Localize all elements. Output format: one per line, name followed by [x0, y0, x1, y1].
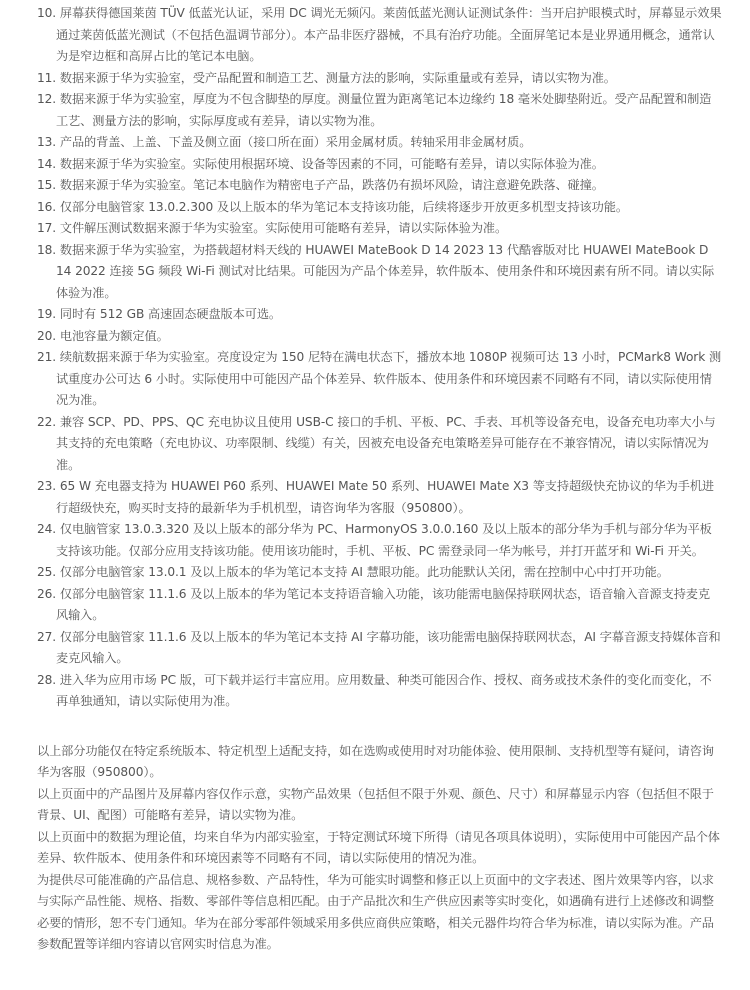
- disclaimer-document: 10. 屏幕获得德国莱茵 TÜV 低蓝光认证，采用 DC 调光无频闪。莱茵低蓝光…: [37, 3, 722, 956]
- footnote-number: 11.: [37, 68, 56, 90]
- footnote-text: 数据来源于华为实验室，为搭载超材料天线的 HUAWEI MateBook D 1…: [56, 243, 714, 300]
- footnote-text: 数据来源于华为实验室。实际使用根据环境、设备等因素的不同，可能略有差异，请以实际…: [60, 157, 604, 171]
- footnote-text: 进入华为应用市场 PC 版，可下载并运行丰富应用。应用数量、种类可能因合作、授权…: [56, 673, 712, 709]
- footnote-number: 27.: [37, 627, 56, 649]
- footnote-number: 25.: [37, 562, 56, 584]
- footnote-number: 15.: [37, 175, 56, 197]
- footnote-11: 11. 数据来源于华为实验室，受产品配置和制造工艺、测量方法的影响，实际重量或有…: [37, 68, 722, 90]
- footnote-25: 25. 仅部分电脑管家 13.0.1 及以上版本的华为笔记本支持 AI 慧眼功能…: [37, 562, 722, 584]
- footnote-number: 12.: [37, 89, 56, 111]
- footnote-text: 数据来源于华为实验室，受产品配置和制造工艺、测量方法的影响，实际重量或有差异，请…: [60, 71, 616, 85]
- footnote-21: 21. 续航数据来源于华为实验室。亮度设定为 150 尼特在满电状态下，播放本地…: [37, 347, 722, 412]
- footnote-10: 10. 屏幕获得德国莱茵 TÜV 低蓝光认证，采用 DC 调光无频闪。莱茵低蓝光…: [37, 3, 722, 68]
- footnote-text: 仅部分电脑管家 11.1.6 及以上版本的华为笔记本支持 AI 字幕功能，该功能…: [56, 630, 721, 666]
- footnote-number: 19.: [37, 304, 56, 326]
- footnote-23: 23. 65 W 充电器支持为 HUAWEI P60 系列、HUAWEI Mat…: [37, 476, 722, 519]
- footnote-text: 数据来源于华为实验室。笔记本电脑作为精密电子产品，跌落仍有损坏风险，请注意避免跌…: [60, 178, 604, 192]
- footnote-number: 26.: [37, 584, 56, 606]
- footnote-19: 19. 同时有 512 GB 高速固态硬盘版本可选。: [37, 304, 722, 326]
- footnote-list: 10. 屏幕获得德国莱茵 TÜV 低蓝光认证，采用 DC 调光无频闪。莱茵低蓝光…: [37, 3, 722, 713]
- footnote-15: 15. 数据来源于华为实验室。笔记本电脑作为精密电子产品，跌落仍有损坏风险，请注…: [37, 175, 722, 197]
- footnote-text: 仅电脑管家 13.0.3.320 及以上版本的部分华为 PC、HarmonyOS…: [56, 522, 712, 558]
- disclaimer-paragraph-images: 以上页面中的产品图片及屏幕内容仅作示意，实物产品效果（包括但不限于外观、颜色、尺…: [37, 784, 722, 827]
- footnote-27: 27. 仅部分电脑管家 11.1.6 及以上版本的华为笔记本支持 AI 字幕功能…: [37, 627, 722, 670]
- footnote-16: 16. 仅部分电脑管家 13.0.2.300 及以上版本的华为笔记本支持该功能，…: [37, 197, 722, 219]
- footnote-text: 仅部分电脑管家 11.1.6 及以上版本的华为笔记本支持语音输入功能，该功能需电…: [56, 587, 710, 623]
- footnote-12: 12. 数据来源于华为实验室，厚度为不包含脚垫的厚度。测量位置为距离笔记本边缘约…: [37, 89, 722, 132]
- footnote-number: 20.: [37, 326, 56, 348]
- footnote-text: 电池容量为额定值。: [60, 329, 169, 343]
- footnote-18: 18. 数据来源于华为实验室，为搭载超材料天线的 HUAWEI MateBook…: [37, 240, 722, 305]
- footnote-text: 仅部分电脑管家 13.0.1 及以上版本的华为笔记本支持 AI 慧眼功能。此功能…: [60, 565, 669, 579]
- footnote-17: 17. 文件解压测试数据来源于华为实验室。实际使用可能略有差异，请以实际体验为准…: [37, 218, 722, 240]
- footnote-20: 20. 电池容量为额定值。: [37, 326, 722, 348]
- footnote-28: 28. 进入华为应用市场 PC 版，可下载并运行丰富应用。应用数量、种类可能因合…: [37, 670, 722, 713]
- footnote-number: 18.: [37, 240, 56, 262]
- footnote-number: 22.: [37, 412, 56, 434]
- footnote-number: 17.: [37, 218, 56, 240]
- footnote-text: 屏幕获得德国莱茵 TÜV 低蓝光认证，采用 DC 调光无频闪。莱茵低蓝光测认证测…: [56, 6, 721, 63]
- footnote-number: 21.: [37, 347, 56, 369]
- general-disclaimer: 以上部分功能仅在特定系统版本、特定机型上适配支持，如在选购或使用时对功能体验、使…: [37, 741, 722, 956]
- footnote-text: 文件解压测试数据来源于华为实验室。实际使用可能略有差异，请以实际体验为准。: [60, 221, 507, 235]
- footnote-22: 22. 兼容 SCP、PD、PPS、QC 充电协议且使用 USB-C 接口的手机…: [37, 412, 722, 477]
- footnote-24: 24. 仅电脑管家 13.0.3.320 及以上版本的部分华为 PC、Harmo…: [37, 519, 722, 562]
- disclaimer-paragraph-accuracy: 为提供尽可能准确的产品信息、规格参数、产品特性，华为可能实时调整和修正以上页面中…: [37, 870, 722, 956]
- footnote-number: 28.: [37, 670, 56, 692]
- footnote-13: 13. 产品的背盖、上盖、下盖及侧立面（接口所在面）采用金属材质。转轴采用非金属…: [37, 132, 722, 154]
- footnote-text: 产品的背盖、上盖、下盖及侧立面（接口所在面）采用金属材质。转轴采用非金属材质。: [60, 135, 531, 149]
- footnote-number: 14.: [37, 154, 56, 176]
- disclaimer-paragraph-data: 以上页面中的数据为理论值，均来自华为内部实验室，于特定测试环境下所得（请见各项具…: [37, 827, 722, 870]
- footnote-text: 续航数据来源于华为实验室。亮度设定为 150 尼特在满电状态下，播放本地 108…: [56, 350, 721, 407]
- footnote-text: 数据来源于华为实验室，厚度为不包含脚垫的厚度。测量位置为距离笔记本边缘约 18 …: [56, 92, 711, 128]
- footnote-number: 24.: [37, 519, 56, 541]
- footnote-text: 同时有 512 GB 高速固态硬盘版本可选。: [60, 307, 281, 321]
- disclaimer-paragraph-feature-support: 以上部分功能仅在特定系统版本、特定机型上适配支持，如在选购或使用时对功能体验、使…: [37, 741, 722, 784]
- footnote-number: 10.: [37, 3, 56, 25]
- footnote-text: 仅部分电脑管家 13.0.2.300 及以上版本的华为笔记本支持该功能，后续将逐…: [60, 200, 628, 214]
- footnote-text: 兼容 SCP、PD、PPS、QC 充电协议且使用 USB-C 接口的手机、平板、…: [56, 415, 716, 472]
- footnote-number: 23.: [37, 476, 56, 498]
- footnote-number: 16.: [37, 197, 56, 219]
- footnote-26: 26. 仅部分电脑管家 11.1.6 及以上版本的华为笔记本支持语音输入功能，该…: [37, 584, 722, 627]
- footnote-text: 65 W 充电器支持为 HUAWEI P60 系列、HUAWEI Mate 50…: [56, 479, 714, 515]
- footnote-number: 13.: [37, 132, 56, 154]
- footnote-14: 14. 数据来源于华为实验室。实际使用根据环境、设备等因素的不同，可能略有差异，…: [37, 154, 722, 176]
